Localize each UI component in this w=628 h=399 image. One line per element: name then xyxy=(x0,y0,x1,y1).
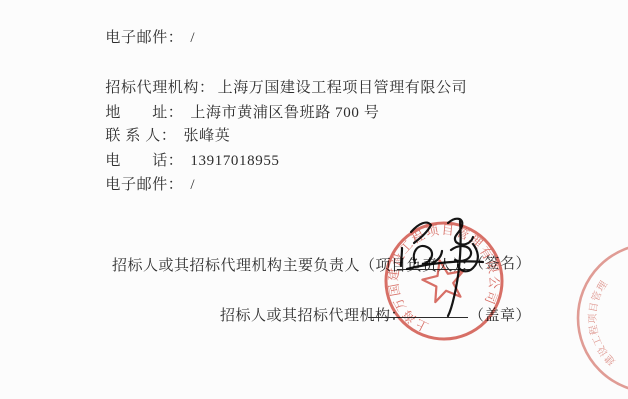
field-value: / xyxy=(190,30,195,46)
svg-text:建设工程项目管理: 建设工程项目管理 xyxy=(586,278,618,368)
scanned-document-page: 电子邮件：/ 招标代理机构：上海万国建设工程项目管理有限公司 地 址：上海市黄浦… xyxy=(0,0,628,399)
field-label: 电子邮件： xyxy=(105,30,183,46)
org-seal-line-label: 招标人或其招标代理机构： xyxy=(220,304,406,325)
field-label: 电子邮件： xyxy=(105,177,183,193)
edge-seal-ring xyxy=(578,244,628,392)
handwritten-signature xyxy=(395,208,490,320)
edge-partial-seal-stamp: 建设工程项目管理 xyxy=(570,235,628,399)
email-row-bottom: 电子邮件：/ xyxy=(88,160,195,211)
field-value: 13917018955 xyxy=(190,153,279,169)
field-value: / xyxy=(190,177,195,193)
email-row-top: 电子邮件：/ xyxy=(88,13,195,64)
edge-seal-text: 建设工程项目管理 xyxy=(586,278,618,368)
